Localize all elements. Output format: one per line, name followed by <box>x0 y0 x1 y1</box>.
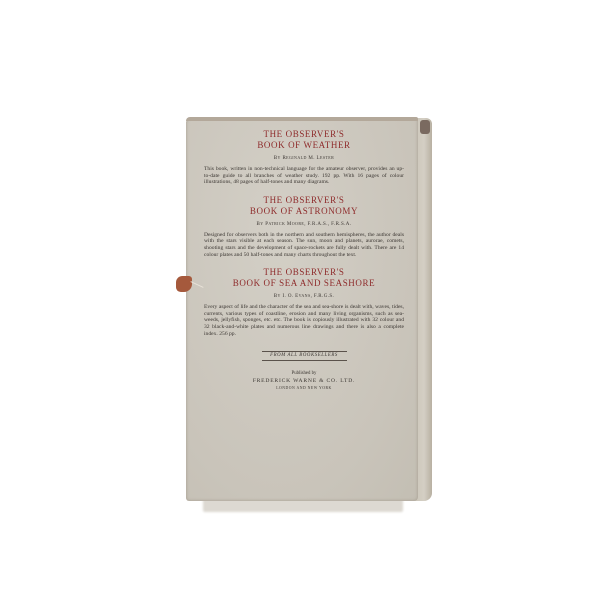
booksellers-banner: FROM ALL BOOKSELLERS <box>262 351 347 361</box>
book-author: By Reginald M. Lester <box>196 155 412 161</box>
book-description: Designed for observers both in the north… <box>204 232 404 258</box>
book-listing-weather: THE OBSERVER'S BOOK OF WEATHER By Regina… <box>196 129 412 186</box>
book-author: By I. O. Evans, F.R.G.S. <box>196 293 412 299</box>
book-title-line2: BOOK OF WEATHER <box>196 140 412 151</box>
book-description: This book, written in non-technical lang… <box>204 166 404 186</box>
cover-top-edge <box>186 117 418 121</box>
book-title-line2: BOOK OF SEA AND SEASHORE <box>196 278 412 289</box>
book-title-line1: THE OBSERVER'S <box>196 195 412 206</box>
book-title-line1: THE OBSERVER'S <box>196 267 412 278</box>
book-title-line2: BOOK OF ASTRONOMY <box>196 206 412 217</box>
book-author: By Patrick Moore, F.R.A.S., F.R.S.A. <box>196 221 412 227</box>
publisher-name: FREDERICK WARNE & CO. LTD. <box>196 378 412 384</box>
book-listing-sea-and-seashore: THE OBSERVER'S BOOK OF SEA AND SEASHORE … <box>196 267 412 337</box>
book-title-line1: THE OBSERVER'S <box>196 129 412 140</box>
publisher-location: LONDON AND NEW YORK <box>196 386 412 390</box>
book-description: Every aspect of life and the character o… <box>204 304 404 337</box>
worn-spine-top <box>420 120 430 134</box>
published-by-label: Published by <box>196 371 412 376</box>
cover-text: THE OBSERVER'S BOOK OF WEATHER By Regina… <box>196 129 412 390</box>
book-listing-astronomy: THE OBSERVER'S BOOK OF ASTRONOMY By Patr… <box>196 195 412 258</box>
torn-patch <box>176 276 192 292</box>
